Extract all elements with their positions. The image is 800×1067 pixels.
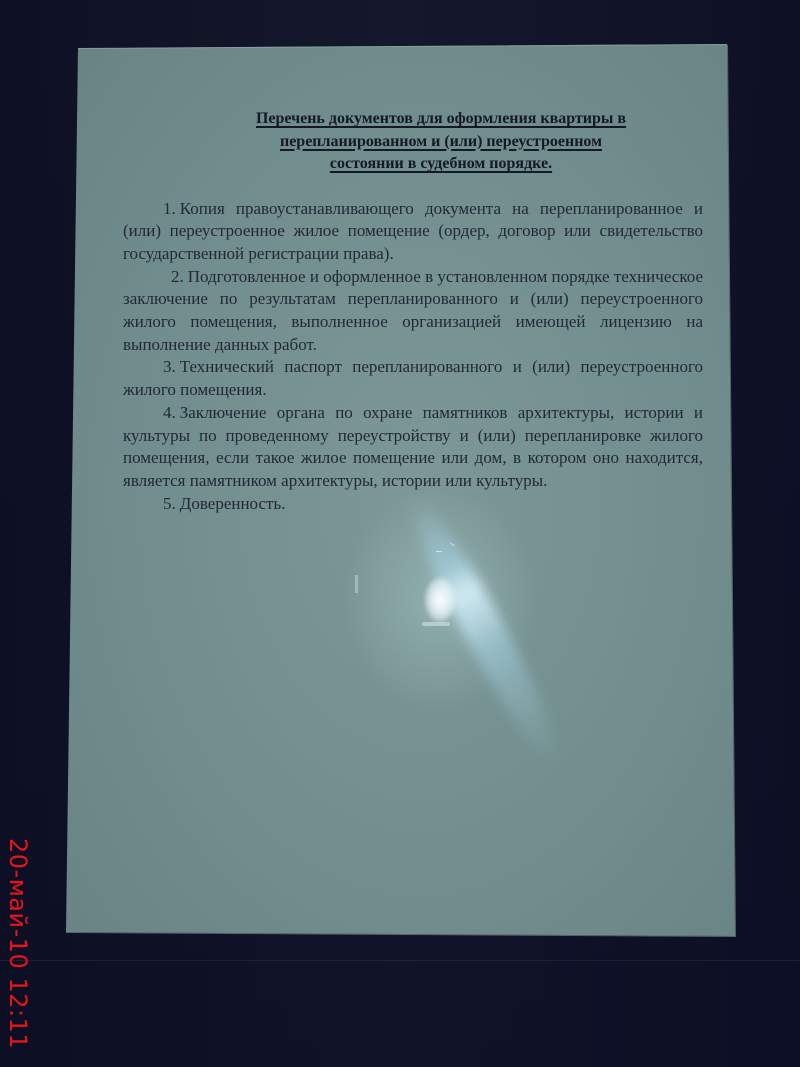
frame-edge-line	[0, 960, 800, 961]
item-text: Копия правоустанавливающего документа на…	[123, 199, 703, 263]
title-line-2: перепланированном и (или) переустроенном	[280, 133, 602, 150]
title-line-1: Перечень документов для оформления кварт…	[256, 110, 626, 127]
glare-sparkle	[422, 622, 450, 626]
document-title: Перечень документов для оформления кварт…	[145, 108, 737, 176]
item-text: Технический паспорт перепланированного и…	[123, 357, 703, 399]
glare-sparkle	[436, 551, 442, 552]
item-text: Доверенность.	[180, 494, 286, 513]
light-glare-hotspot	[425, 578, 455, 622]
item-number: 2.	[171, 267, 184, 286]
item-text: Заключение органа по охране памятников а…	[123, 403, 703, 490]
item-text: Подготовленное и оформленное в установле…	[123, 267, 703, 354]
documents-list: 1.Копия правоустанавливающего документа …	[123, 198, 703, 516]
list-item-4: 4.Заключение органа по охране памятников…	[123, 402, 703, 493]
item-number: 1.	[163, 199, 176, 218]
item-number: 5.	[163, 494, 176, 513]
title-line-3: состоянии в судебном порядке.	[330, 155, 552, 172]
list-item-2: 2.Подготовленное и оформленное в установ…	[123, 266, 703, 357]
list-item-1: 1.Копия правоустанавливающего документа …	[123, 198, 703, 266]
glare-sparkle	[355, 575, 358, 593]
item-number: 4.	[163, 403, 176, 422]
list-item-3: 3.Технический паспорт перепланированного…	[123, 356, 703, 401]
item-number: 3.	[163, 357, 176, 376]
camera-timestamp: 20-май-10 12:11	[5, 838, 31, 1049]
document-body: Перечень документов для оформления кварт…	[123, 108, 703, 515]
